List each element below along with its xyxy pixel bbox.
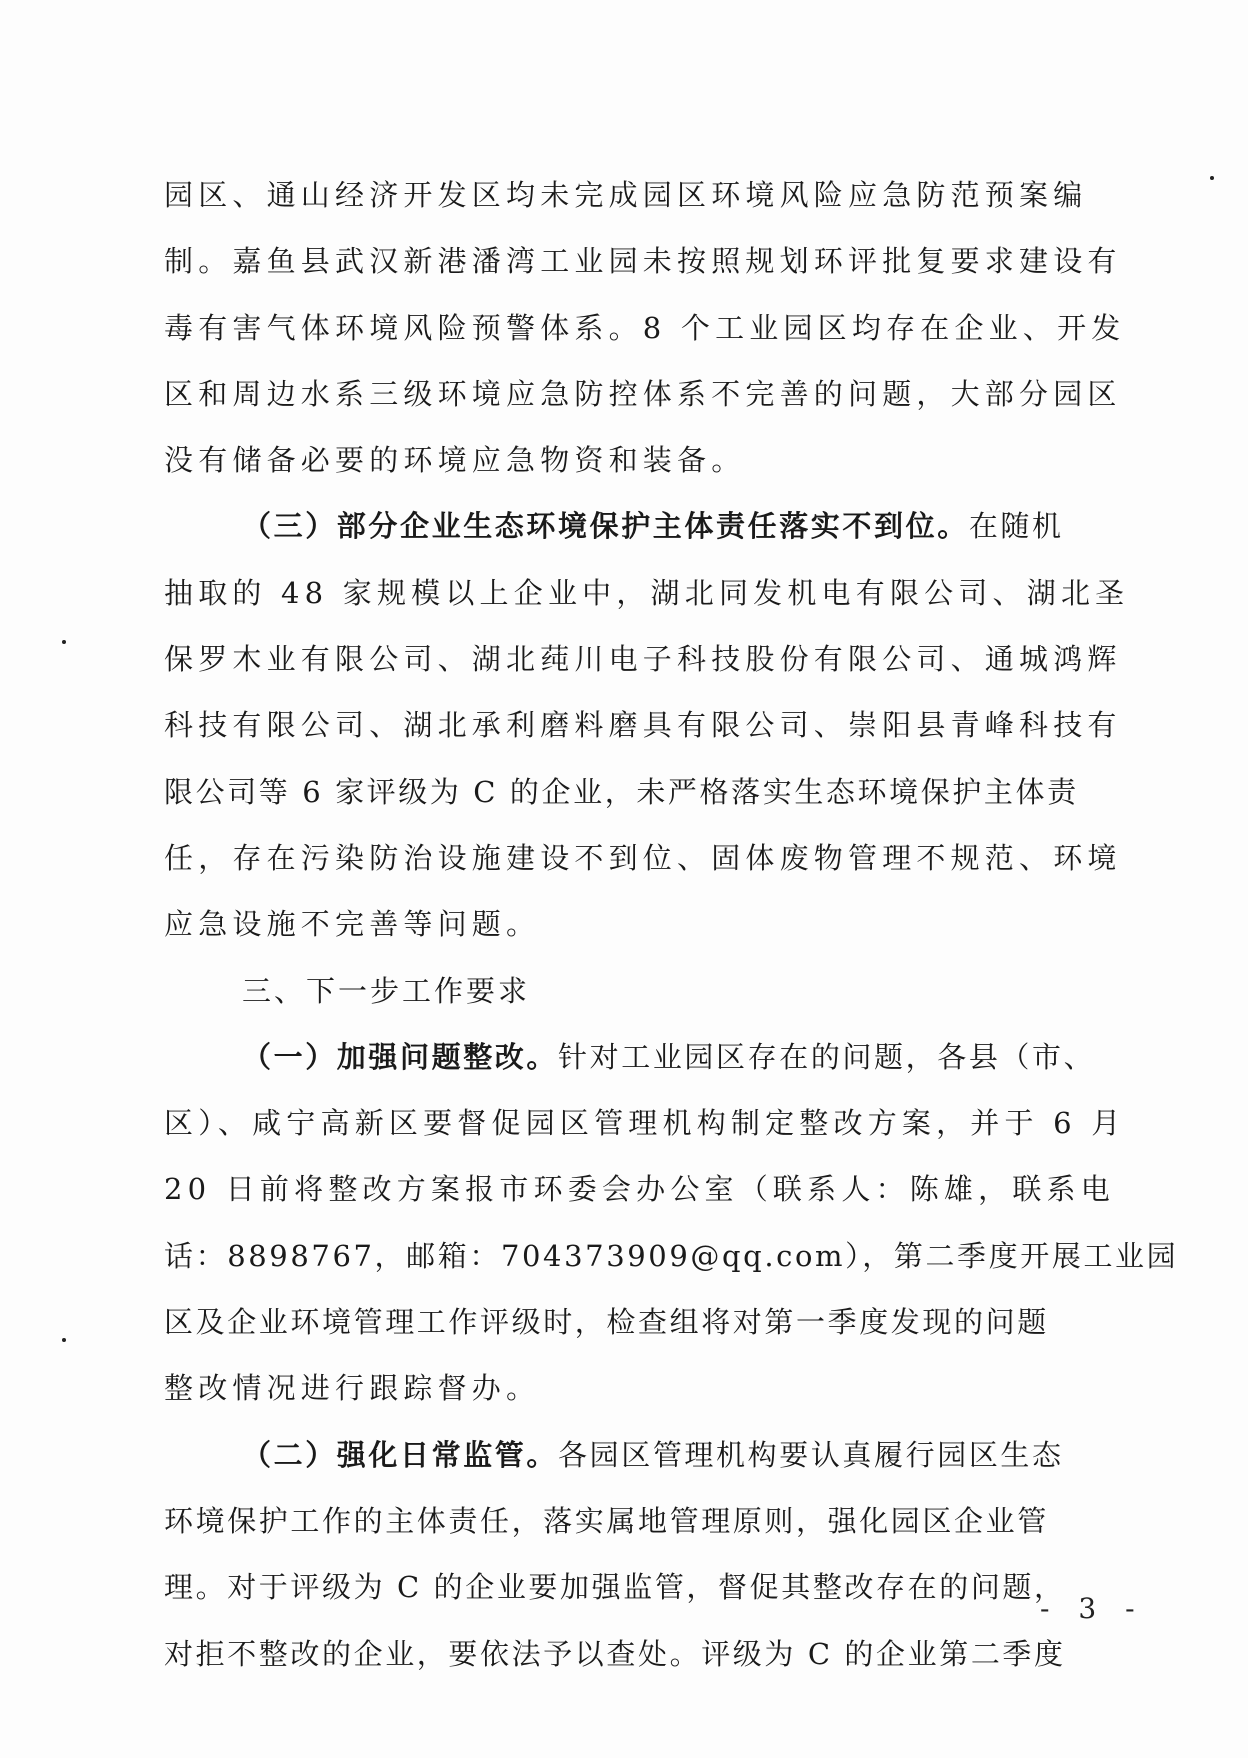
scan-speck bbox=[62, 1338, 66, 1342]
line-text: 环境保护工作的主体责任，落实属地管理原则，强化园区企业管 bbox=[164, 1504, 1049, 1538]
subsection-2-line: （二）强化日常监管。各园区管理机构要认真履行园区生态 bbox=[164, 1422, 1090, 1488]
text-line: 保罗木业有限公司、湖北莼川电子科技股份有限公司、通城鸿辉 bbox=[164, 626, 1090, 692]
line-text: 抽取的 48 家规模以上企业中，湖北同发机电有限公司、湖北圣 bbox=[164, 576, 1129, 610]
text-line-contact: 话：8898767，邮箱：704373909@qq.com），第二季度开展工业园 bbox=[164, 1223, 1090, 1289]
document-page: 园区、通山经济开发区均未完成园区环境风险应急防范预案编 制。嘉鱼县武汉新港潘湾工… bbox=[0, 0, 1248, 1758]
subsection-title: （一）加强问题整改。 bbox=[242, 1040, 558, 1074]
text-line: 理。对于评级为 C 的企业要加强监管，督促其整改存在的问题， bbox=[164, 1554, 1090, 1620]
scan-speck bbox=[62, 640, 66, 644]
line-text: 制。嘉鱼县武汉新港潘湾工业园未按照规划环评批复要求建设有 bbox=[164, 244, 1122, 278]
line-text: 各园区管理机构要认真履行园区生态 bbox=[558, 1438, 1064, 1472]
text-line: 园区、通山经济开发区均未完成园区环境风险应急防范预案编 bbox=[164, 162, 1090, 228]
line-text: 园区、通山经济开发区均未完成园区环境风险应急防范预案编 bbox=[164, 178, 1087, 212]
text-line: 区和周边水系三级环境应急防控体系不完善的问题，大部分园区 bbox=[164, 361, 1090, 427]
text-line: 任，存在污染防治设施建设不到位、固体废物管理不规范、环境 bbox=[164, 825, 1090, 891]
line-text: 保罗木业有限公司、湖北莼川电子科技股份有限公司、通城鸿辉 bbox=[164, 642, 1122, 676]
text-line: 区及企业环境管理工作评级时，检查组将对第一季度发现的问题 bbox=[164, 1289, 1090, 1355]
line-text: 没有储备必要的环境应急物资和装备。 bbox=[164, 443, 745, 477]
text-line: 限公司等 6 家评级为 C 的企业，未严格落实生态环境保护主体责 bbox=[164, 759, 1090, 825]
line-text: 对拒不整改的企业，要依法予以查处。评级为 C 的企业第二季度 bbox=[164, 1637, 1066, 1671]
text-line: 没有储备必要的环境应急物资和装备。 bbox=[164, 427, 1090, 493]
text-line: 毒有害气体环境风险预警体系。8 个工业园区均存在企业、开发 bbox=[164, 295, 1090, 361]
section-title: 三、下一步工作要求 bbox=[242, 974, 530, 1008]
line-text: 毒有害气体环境风险预警体系。8 个工业园区均存在企业、开发 bbox=[164, 311, 1125, 345]
line-text: 区）、咸宁高新区要督促园区管理机构制定整改方案，并于 6 月 bbox=[164, 1106, 1125, 1140]
text-line: 对拒不整改的企业，要依法予以查处。评级为 C 的企业第二季度 bbox=[164, 1621, 1090, 1687]
line-text: 针对工业园区存在的问题，各县（市、 bbox=[558, 1040, 1095, 1074]
document-body: 园区、通山经济开发区均未完成园区环境风险应急防范预案编 制。嘉鱼县武汉新港潘湾工… bbox=[164, 162, 1090, 1687]
line-text: 科技有限公司、湖北承利磨料磨具有限公司、崇阳县青峰科技有 bbox=[164, 708, 1122, 742]
line-text: 限公司等 6 家评级为 C 的企业，未严格落实生态环境保护主体责 bbox=[164, 775, 1079, 809]
text-line: 应急设施不完善等问题。 bbox=[164, 891, 1090, 957]
line-text: 理。对于评级为 C 的企业要加强监管，督促其整改存在的问题， bbox=[164, 1570, 1066, 1604]
section-heading: 三、下一步工作要求 bbox=[164, 958, 1090, 1024]
line-text: 任，存在污染防治设施建设不到位、固体废物管理不规范、环境 bbox=[164, 841, 1122, 875]
text-line: 环境保护工作的主体责任，落实属地管理原则，强化园区企业管 bbox=[164, 1488, 1090, 1554]
line-text: 整改情况进行跟踪督办。 bbox=[164, 1371, 540, 1405]
text-line: 制。嘉鱼县武汉新港潘湾工业园未按照规划环评批复要求建设有 bbox=[164, 228, 1090, 294]
text-line: 科技有限公司、湖北承利磨料磨具有限公司、崇阳县青峰科技有 bbox=[164, 692, 1090, 758]
line-text: 话：8898767，邮箱：704373909@qq.com），第二季度开展工业园 bbox=[164, 1239, 1178, 1273]
subsection-1-line: （一）加强问题整改。针对工业园区存在的问题，各县（市、 bbox=[164, 1024, 1090, 1090]
subsection-title: （三）部分企业生态环境保护主体责任落实不到位。 bbox=[242, 509, 969, 543]
section-3-heading-line: （三）部分企业生态环境保护主体责任落实不到位。在随机 bbox=[164, 493, 1090, 559]
line-text: 区及企业环境管理工作评级时，检查组将对第一季度发现的问题 bbox=[164, 1305, 1049, 1339]
line-text: 在随机 bbox=[969, 509, 1064, 543]
text-line: 整改情况进行跟踪督办。 bbox=[164, 1355, 1090, 1421]
line-text: 20 日前将整改方案报市环委会办公室（联系人：陈雄，联系电 bbox=[164, 1172, 1115, 1206]
line-text: 区和周边水系三级环境应急防控体系不完善的问题，大部分园区 bbox=[164, 377, 1122, 411]
subsection-title: （二）强化日常监管。 bbox=[242, 1438, 558, 1472]
scan-speck bbox=[1210, 176, 1214, 180]
text-line: 区）、咸宁高新区要督促园区管理机构制定整改方案，并于 6 月 bbox=[164, 1090, 1090, 1156]
line-text: 应急设施不完善等问题。 bbox=[164, 907, 540, 941]
page-number: - 3 - bbox=[1040, 1592, 1145, 1625]
text-line: 抽取的 48 家规模以上企业中，湖北同发机电有限公司、湖北圣 bbox=[164, 560, 1090, 626]
text-line: 20 日前将整改方案报市环委会办公室（联系人：陈雄，联系电 bbox=[164, 1156, 1090, 1222]
